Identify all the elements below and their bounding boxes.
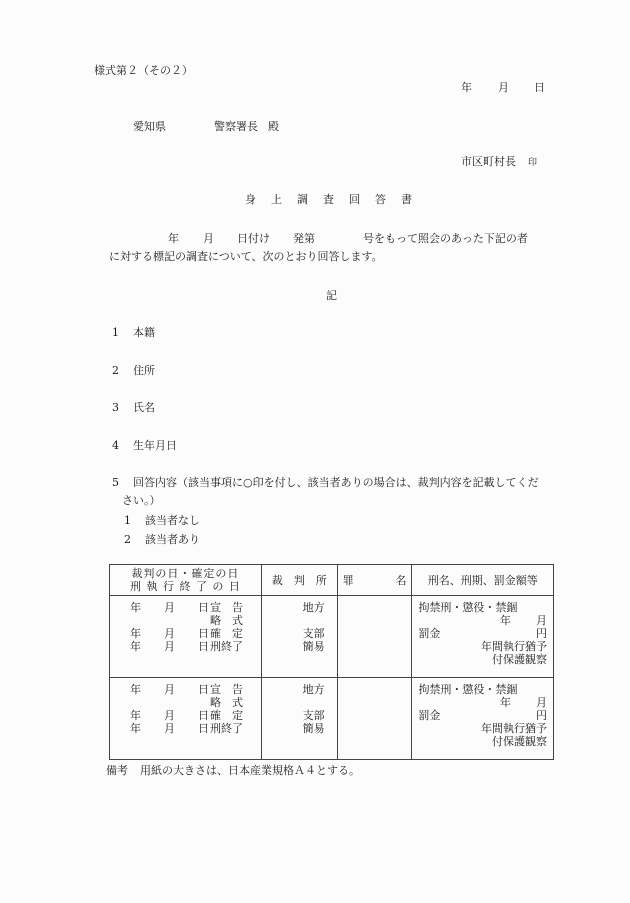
date-d: 日: [198, 627, 210, 640]
date-d: 日: [198, 601, 210, 614]
option-label: 該当者なし: [145, 514, 200, 527]
item5-line2: さい。）: [122, 494, 161, 508]
date-y: 年: [130, 683, 164, 696]
penalty-suspended: 年間執行猶予: [418, 640, 547, 653]
header-court: 裁 判 所: [261, 565, 337, 596]
fine-label: 罰金: [418, 627, 440, 640]
cell-dates[interactable]: 年月日宣 告 略 式 年月日確 定 年月日刑終了: [110, 596, 262, 678]
table-row: 年月日宣 告 略 式 年月日確 定 年月日刑終了 地方 支部 簡易 拘禁刑・懲役…: [110, 678, 554, 760]
court-district: 地方: [262, 683, 325, 696]
date-kind: 刑終了: [210, 640, 243, 653]
date-y: 年: [130, 601, 164, 614]
table-header-row: 裁判の日・確定の日 刑 執 行 終 了 の 日 裁 判 所 罪名 刑名、刑期、罰…: [110, 565, 554, 596]
date-d: 日: [198, 683, 210, 696]
title-char: 上: [271, 193, 282, 206]
intro-dated: 日付け: [237, 232, 270, 245]
cell-penalty[interactable]: 拘禁刑・懲役・禁錮 年月 罰金円 年間執行猶予 付保護観察: [412, 596, 554, 678]
option-applicable: 2該当者あり: [124, 533, 200, 547]
date-day: 日: [534, 81, 545, 94]
date-m: 月: [164, 709, 198, 722]
cell-crime[interactable]: [337, 678, 412, 760]
sender-title: 市区町村長: [461, 155, 516, 168]
form-number: 様式第２（その２）: [94, 64, 193, 78]
item-num: 2: [112, 364, 119, 377]
penalty-types: 拘禁刑・懲役・禁錮: [418, 601, 547, 614]
addressee-prefecture: 愛知県: [133, 120, 166, 133]
item-num: 1: [112, 326, 119, 339]
cell-court[interactable]: 地方 支部 簡易: [261, 596, 337, 678]
date-kind: 宣 告: [210, 601, 243, 614]
intro-month: 月: [203, 232, 214, 245]
intro-rest: 号をもって照会のあった下記の者: [363, 232, 528, 245]
addressee: 愛知県警察署長殿: [133, 120, 279, 134]
penalty-term: 年月: [418, 696, 547, 709]
penalty-suspended: 年間執行猶予: [418, 722, 547, 735]
addressee-honorific: 殿: [268, 120, 279, 133]
intro-issue: 発第: [293, 232, 315, 245]
title-char: 回: [349, 193, 360, 206]
penalty-fine: 罰金円: [418, 627, 547, 640]
item-address: 2住所: [112, 364, 155, 378]
cell-court[interactable]: 地方 支部 簡易: [261, 678, 337, 760]
date-m: 月: [164, 640, 198, 653]
option-num: 2: [124, 533, 131, 546]
penalty-term: 年月: [418, 614, 547, 627]
item-num: 4: [112, 439, 119, 452]
title-char: 査: [323, 193, 334, 206]
term-month: 月: [536, 614, 547, 627]
header-dates-line1: 裁判の日・確定の日: [110, 567, 261, 580]
note-text: 用紙の大きさは、日本産業規格Ａ４とする。: [140, 764, 360, 777]
note: 備考用紙の大きさは、日本産業規格Ａ４とする。: [106, 764, 360, 778]
header-crime-b: 名: [395, 574, 406, 587]
title-char: 答: [375, 193, 386, 206]
header-crime-a: 罪: [343, 574, 354, 587]
date-kind: 宣 告: [210, 683, 243, 696]
term-month: 月: [536, 696, 547, 709]
date-m: 月: [164, 627, 198, 640]
fine-yen: 円: [536, 627, 547, 640]
date-kind: 確 定: [210, 627, 243, 640]
date-y: 年: [130, 709, 164, 722]
header-crime: 罪名: [337, 565, 412, 596]
title-char: 身: [245, 193, 256, 206]
cell-penalty[interactable]: 拘禁刑・懲役・禁錮 年月 罰金円 年間執行猶予 付保護観察: [412, 678, 554, 760]
header-dates: 裁判の日・確定の日 刑 執 行 終 了 の 日: [110, 565, 262, 596]
item-label: 氏名: [133, 401, 155, 414]
item-num: 5: [112, 476, 119, 489]
intro-year: 年: [168, 232, 179, 245]
court-district: 地方: [262, 601, 325, 614]
option-none: 1該当者なし: [124, 514, 200, 528]
intro-line2: に対する標記の調査について、次のとおり回答します。: [109, 250, 383, 264]
date-d: 日: [198, 709, 210, 722]
date-year: 年: [461, 81, 472, 94]
item5-line1: 5回答内容（該当事項に○印を付し、該当者ありの場合は、裁判内容を記載してくだ: [112, 476, 539, 490]
penalty-types: 拘禁刑・懲役・禁錮: [418, 683, 547, 696]
item-num: 3: [112, 401, 119, 414]
date-y: 年: [130, 722, 164, 735]
title-char: 書: [401, 193, 412, 206]
court-summary: 簡易: [262, 722, 325, 735]
note-label: 備考: [106, 764, 128, 777]
title-char: 調: [297, 193, 308, 206]
term-year: 年: [500, 696, 511, 709]
date-m: 月: [164, 601, 198, 614]
seal-icon: 印: [528, 158, 537, 168]
option-label: 該当者あり: [145, 533, 200, 546]
header-dates-line2: 刑 執 行 終 了 の 日: [110, 580, 261, 593]
court-blank: [262, 696, 325, 709]
ki-heading: 記: [326, 289, 337, 303]
item-label: 本籍: [133, 326, 155, 339]
date-kind: 略 式: [210, 696, 243, 709]
fine-yen: 円: [536, 709, 547, 722]
penalty-probation: 付保護観察: [418, 653, 547, 666]
court-summary: 簡易: [262, 640, 325, 653]
cell-dates[interactable]: 年月日宣 告 略 式 年月日確 定 年月日刑終了: [110, 678, 262, 760]
cell-crime[interactable]: [337, 596, 412, 678]
item-name: 3氏名: [112, 401, 155, 415]
date-kind: 確 定: [210, 709, 243, 722]
date-m: 月: [164, 722, 198, 735]
addressee-station: 警察署長: [214, 120, 258, 133]
date-kind: 刑終了: [210, 722, 243, 735]
item-honseki: 1本籍: [112, 326, 155, 340]
court-branch: 支部: [262, 709, 325, 722]
item-label: 住所: [133, 364, 155, 377]
term-year: 年: [500, 614, 511, 627]
date-m: 月: [164, 683, 198, 696]
document-title: 身上調査回答書: [245, 193, 412, 207]
option-num: 1: [124, 514, 131, 527]
date-d: 日: [198, 640, 210, 653]
item-label: 生年月日: [133, 439, 177, 452]
fine-label: 罰金: [418, 709, 440, 722]
item-birthdate: 4生年月日: [112, 439, 177, 453]
sentence-table: 裁判の日・確定の日 刑 執 行 終 了 の 日 裁 判 所 罪名 刑名、刑期、罰…: [109, 564, 554, 760]
penalty-probation: 付保護観察: [418, 735, 547, 748]
court-blank: [262, 614, 325, 627]
item5-text: 回答内容（該当事項に○印を付し、該当者ありの場合は、裁判内容を記載してくだ: [133, 476, 539, 489]
date-y: 年: [130, 627, 164, 640]
date-month: 月: [498, 81, 509, 94]
date-line: 年月日: [461, 81, 545, 95]
date-y: 年: [130, 640, 164, 653]
intro-line1: 年月日付け発第号をもって照会のあった下記の者: [168, 232, 528, 246]
table-row: 年月日宣 告 略 式 年月日確 定 年月日刑終了 地方 支部 簡易 拘禁刑・懲役…: [110, 596, 554, 678]
court-branch: 支部: [262, 627, 325, 640]
date-kind: 略 式: [210, 614, 243, 627]
sender: 市区町村長印: [461, 155, 537, 170]
date-d: 日: [198, 722, 210, 735]
header-penalty: 刑名、刑期、罰金額等: [412, 565, 554, 596]
penalty-fine: 罰金円: [418, 709, 547, 722]
